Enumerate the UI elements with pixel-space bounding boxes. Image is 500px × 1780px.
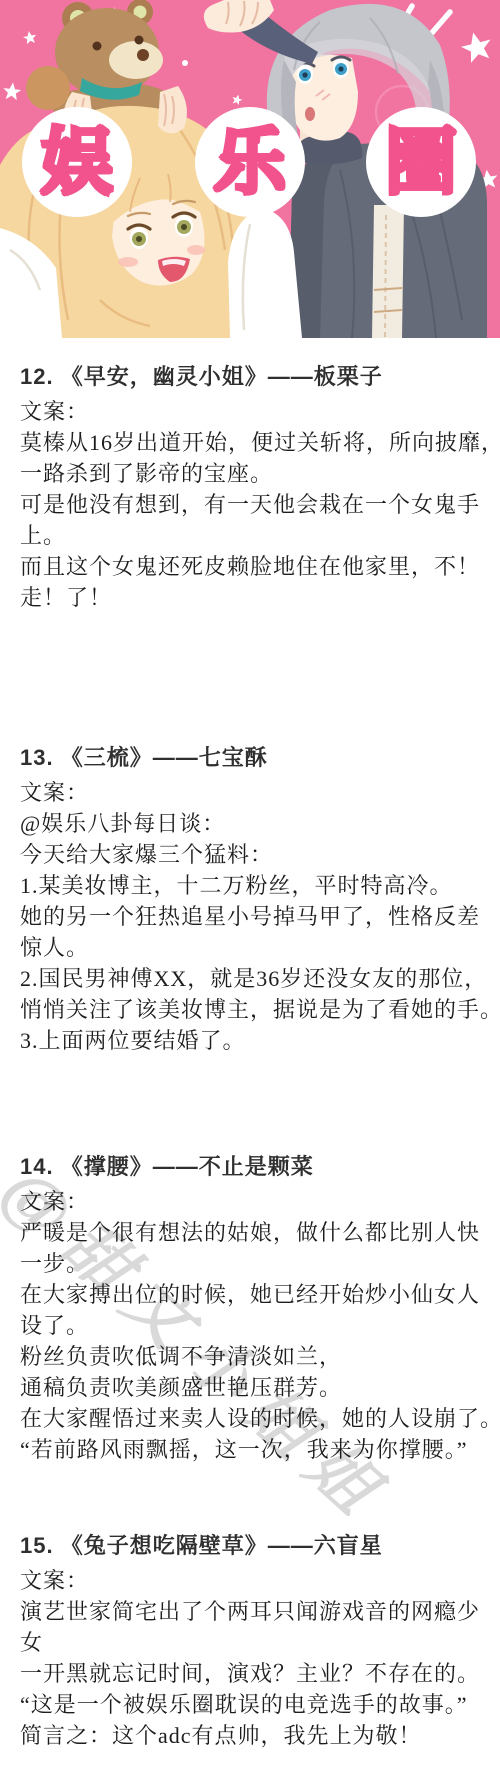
text-line: 惊人。: [20, 932, 486, 963]
title-circle-3: 圈: [366, 107, 476, 217]
text-line: 演艺世家简宅出了个两耳只闻游戏音的网瘾少: [20, 1596, 486, 1627]
text-line: 在大家搏出位的时候，她已经开始炒小仙女人: [20, 1279, 486, 1310]
book-title: 14. 《撑腰》——不止是颗菜: [20, 1152, 486, 1182]
text-line: 一路杀到了影帝的宝座。: [20, 458, 486, 489]
hero-banner: 娱 乐 圈: [0, 0, 500, 338]
text-line: 走！了！: [20, 582, 486, 613]
title-char-2: 乐: [214, 126, 286, 198]
book-title: 12. 《早安，幽灵小姐》——板栗子: [20, 362, 486, 392]
book-section-12: 12. 《早安，幽灵小姐》——板栗子 文案： 莫榛从16岁出道开始，便过关斩将，…: [20, 362, 486, 613]
title-circle-2: 乐: [195, 107, 305, 217]
title-char-3: 圈: [385, 126, 457, 198]
text-line: 严暖是个很有想法的姑娘，做什么都比别人快: [20, 1217, 486, 1248]
text-line: 而且这个女鬼还死皮赖脸地住在他家里，不！: [20, 551, 486, 582]
text-line: 她的另一个狂热追星小号掉马甲了，性格反差: [20, 901, 486, 932]
text-line: 简言之：这个adc有点帅，我先上为敬！: [20, 1720, 486, 1751]
text-line: 文案：: [20, 396, 486, 427]
book-description: 文案： @娱乐八卦每日谈： 今天给大家爆三个猛料： 1.某美妆博主，十二万粉丝，…: [20, 777, 486, 1056]
text-line: 上。: [20, 520, 486, 551]
text-line: 今天给大家爆三个猛料：: [20, 839, 486, 870]
page: 娱 乐 圈 @甜文小姐姐 12. 《早安，幽灵小姐》——板栗子 文案： 莫榛从1…: [0, 0, 500, 1780]
text-line: 2.国民男神傅XX，就是36岁还没女友的那位，: [20, 963, 486, 994]
text-line: 通稿负责吹美颜盛世艳压群芳。: [20, 1372, 486, 1403]
book-description: 文案： 严暖是个很有想法的姑娘，做什么都比别人快 一步。 在大家搏出位的时候，她…: [20, 1186, 486, 1465]
hero-title: 娱 乐 圈: [0, 0, 500, 338]
book-section-13: 13. 《三梳》——七宝酥 文案： @娱乐八卦每日谈： 今天给大家爆三个猛料： …: [20, 743, 486, 1056]
book-title: 15. 《兔子想吃隔壁草》——六盲星: [20, 1531, 486, 1561]
book-section-14: 14. 《撑腰》——不止是颗菜 文案： 严暖是个很有想法的姑娘，做什么都比别人快…: [20, 1152, 486, 1465]
text-line: 1.某美妆博主，十二万粉丝，平时特高冷。: [20, 870, 486, 901]
book-list: 12. 《早安，幽灵小姐》——板栗子 文案： 莫榛从16岁出道开始，便过关斩将，…: [0, 362, 500, 1751]
text-line: “这是一个被娱乐圈耽误的电竞选手的故事。”: [20, 1689, 486, 1720]
text-line: 女: [20, 1627, 486, 1658]
text-line: 悄悄关注了该美妆博主，据说是为了看她的手。: [20, 994, 486, 1025]
text-line: 一开黑就忘记时间，演戏？主业？不存在的。: [20, 1658, 486, 1689]
text-line: 文案：: [20, 777, 486, 808]
text-line: 设了。: [20, 1310, 486, 1341]
text-line: 可是他没有想到，有一天他会栽在一个女鬼手: [20, 489, 486, 520]
book-title: 13. 《三梳》——七宝酥: [20, 743, 486, 773]
text-line: 3.上面两位要结婚了。: [20, 1025, 486, 1056]
text-line: @娱乐八卦每日谈：: [20, 808, 486, 839]
text-line: “若前路风雨飘摇，这一次，我来为你撑腰。”: [20, 1434, 486, 1465]
book-description: 文案： 莫榛从16岁出道开始，便过关斩将，所向披靡， 一路杀到了影帝的宝座。 可…: [20, 396, 486, 613]
text-line: 一步。: [20, 1248, 486, 1279]
text-line: 在大家醒悟过来卖人设的时候，她的人设崩了。: [20, 1403, 486, 1434]
text-line: 文案：: [20, 1186, 486, 1217]
title-circle-1: 娱: [22, 107, 132, 217]
book-section-15: 15. 《兔子想吃隔壁草》——六盲星 文案： 演艺世家简宅出了个两耳只闻游戏音的…: [20, 1531, 486, 1751]
text-line: 文案：: [20, 1565, 486, 1596]
text-line: 莫榛从16岁出道开始，便过关斩将，所向披靡，: [20, 427, 486, 458]
book-description: 文案： 演艺世家简宅出了个两耳只闻游戏音的网瘾少 女 一开黑就忘记时间，演戏？主…: [20, 1565, 486, 1751]
text-line: 粉丝负责吹低调不争清淡如兰，: [20, 1341, 486, 1372]
title-char-1: 娱: [41, 126, 113, 198]
